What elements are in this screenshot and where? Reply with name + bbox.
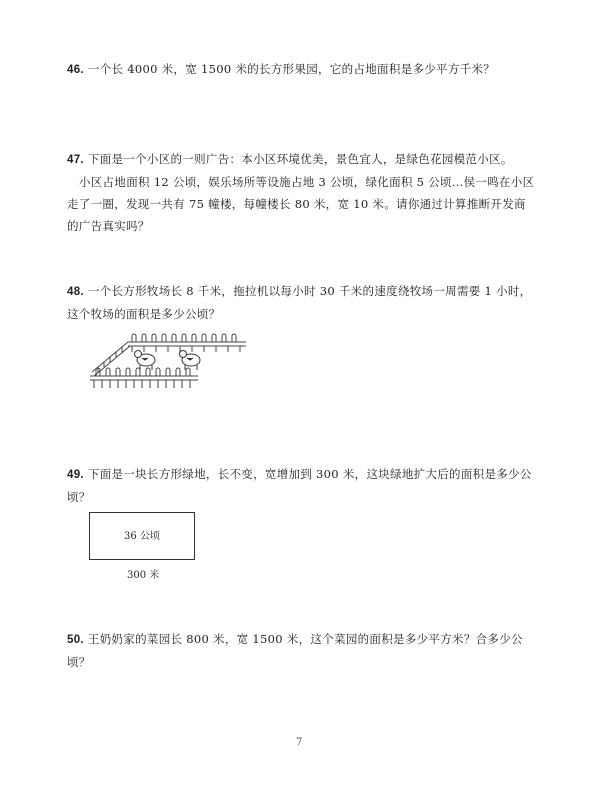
- cow-icon: [180, 351, 201, 371]
- question-paragraph: 小区占地面积 12 公顷，娱乐场所等设施占地 3 公顷，绿化面积 5 公顷…侯一…: [67, 171, 537, 237]
- question-number: 47.: [67, 154, 84, 166]
- area-label: 36 公顷: [90, 527, 194, 542]
- cow-icon: [135, 351, 156, 371]
- question-49: 49.下面是一块长方形绿地，长不变，宽增加到 300 米，这块绿地扩大后的面积是…: [67, 463, 537, 508]
- question-number: 48.: [67, 286, 84, 298]
- question-46: 46.一个长 4000 米，宽 1500 米的长方形果园，它的占地面积是多少平方…: [67, 58, 537, 81]
- width-label: 300 米: [127, 566, 159, 581]
- question-48: 48.一个长方形牧场长 8 千米，拖拉机以每小时 30 千米的速度绕牧场一周需要…: [67, 280, 537, 325]
- page-number: 7: [296, 737, 302, 748]
- question-text: 王奶奶家的菜园长 800 米，宽 1500 米，这个菜园的面积是多少平方米？合多…: [67, 632, 523, 669]
- question-number: 49.: [67, 469, 84, 481]
- fenced-pasture-illustration: [88, 330, 248, 392]
- question-text: 一个长方形牧场长 8 千米，拖拉机以每小时 30 千米的速度绕牧场一周需要 1 …: [67, 284, 532, 321]
- green-field-rectangle: 36 公顷: [89, 512, 195, 560]
- question-number: 50.: [67, 634, 84, 646]
- question-text: 下面是一块长方形绿地，长不变，宽增加到 300 米，这块绿地扩大后的面积是多少公…: [67, 467, 532, 504]
- question-text: 下面是一个小区的一则广告：本小区环境优美，景色宜人，是绿色花园模范小区。: [88, 152, 513, 166]
- question-number: 46.: [67, 64, 84, 76]
- question-text: 一个长 4000 米，宽 1500 米的长方形果园，它的占地面积是多少平方千米？: [88, 62, 495, 76]
- question-50: 50.王奶奶家的菜园长 800 米，宽 1500 米，这个菜园的面积是多少平方米…: [67, 628, 537, 673]
- question-47: 47.下面是一个小区的一则广告：本小区环境优美，景色宜人，是绿色花园模范小区。 …: [67, 148, 537, 237]
